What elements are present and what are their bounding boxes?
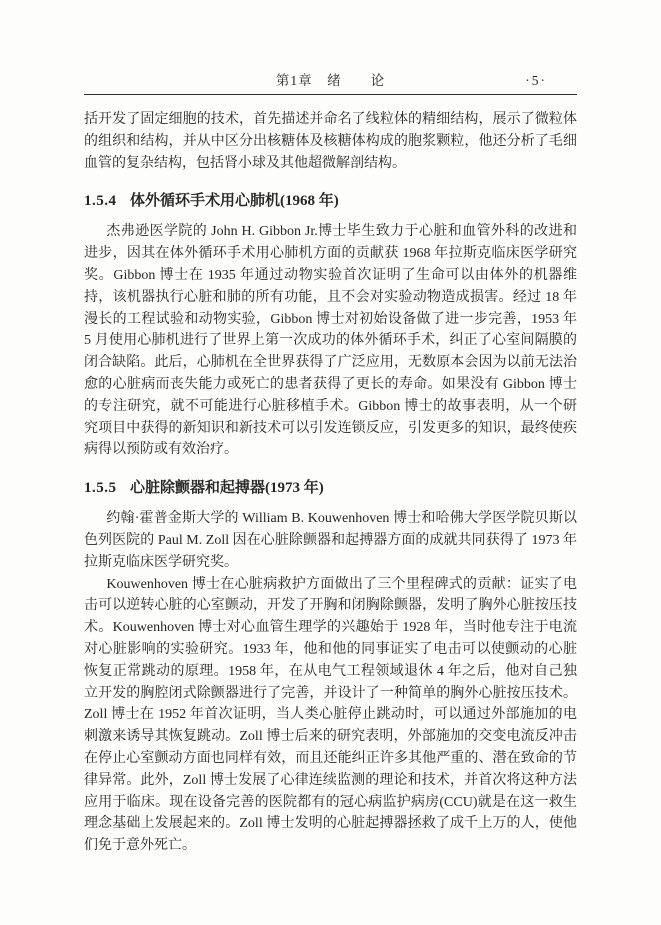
running-head-chapter-title: 第1章 绪 论 [276,73,385,88]
paragraph-continuation: 括开发了固定细胞的技术，首先描述并命名了线粒体的精细结构，展示了微粒体的组织和结… [84,109,577,174]
paragraph: 约翰·霍普金斯大学的 William B. Kouwenhoven 博士和哈佛大… [84,508,577,573]
paragraph: Kouwenhoven 博士在心脏病救护方面做出了三个里程碑式的贡献：证实了电击… [84,574,577,857]
page-header: 第1章 绪 论 ·5· [84,72,577,95]
section-heading-1-5-4: 1.5.4体外循环手术用心肺机(1968 年) [84,191,577,211]
section-title: 心脏除颤器和起搏器(1973 年) [130,480,324,496]
section-number: 1.5.5 [84,480,117,496]
document-page: 第1章 绪 论 ·5· 括开发了固定细胞的技术，首先描述并命名了线粒体的精细结构… [0,0,661,925]
page-number: ·5· [525,72,547,89]
section-title: 体外循环手术用心肺机(1968 年) [130,193,339,209]
paragraph: 杰弗逊医学院的 John H. Gibbon Jr.博士毕生致力于心脏和血管外科… [84,221,577,461]
page-body: 括开发了固定细胞的技术，首先描述并命名了线粒体的精细结构，展示了微粒体的组织和结… [84,109,577,857]
section-number: 1.5.4 [84,193,117,209]
section-heading-1-5-5: 1.5.5心脏除颤器和起搏器(1973 年) [84,478,577,498]
